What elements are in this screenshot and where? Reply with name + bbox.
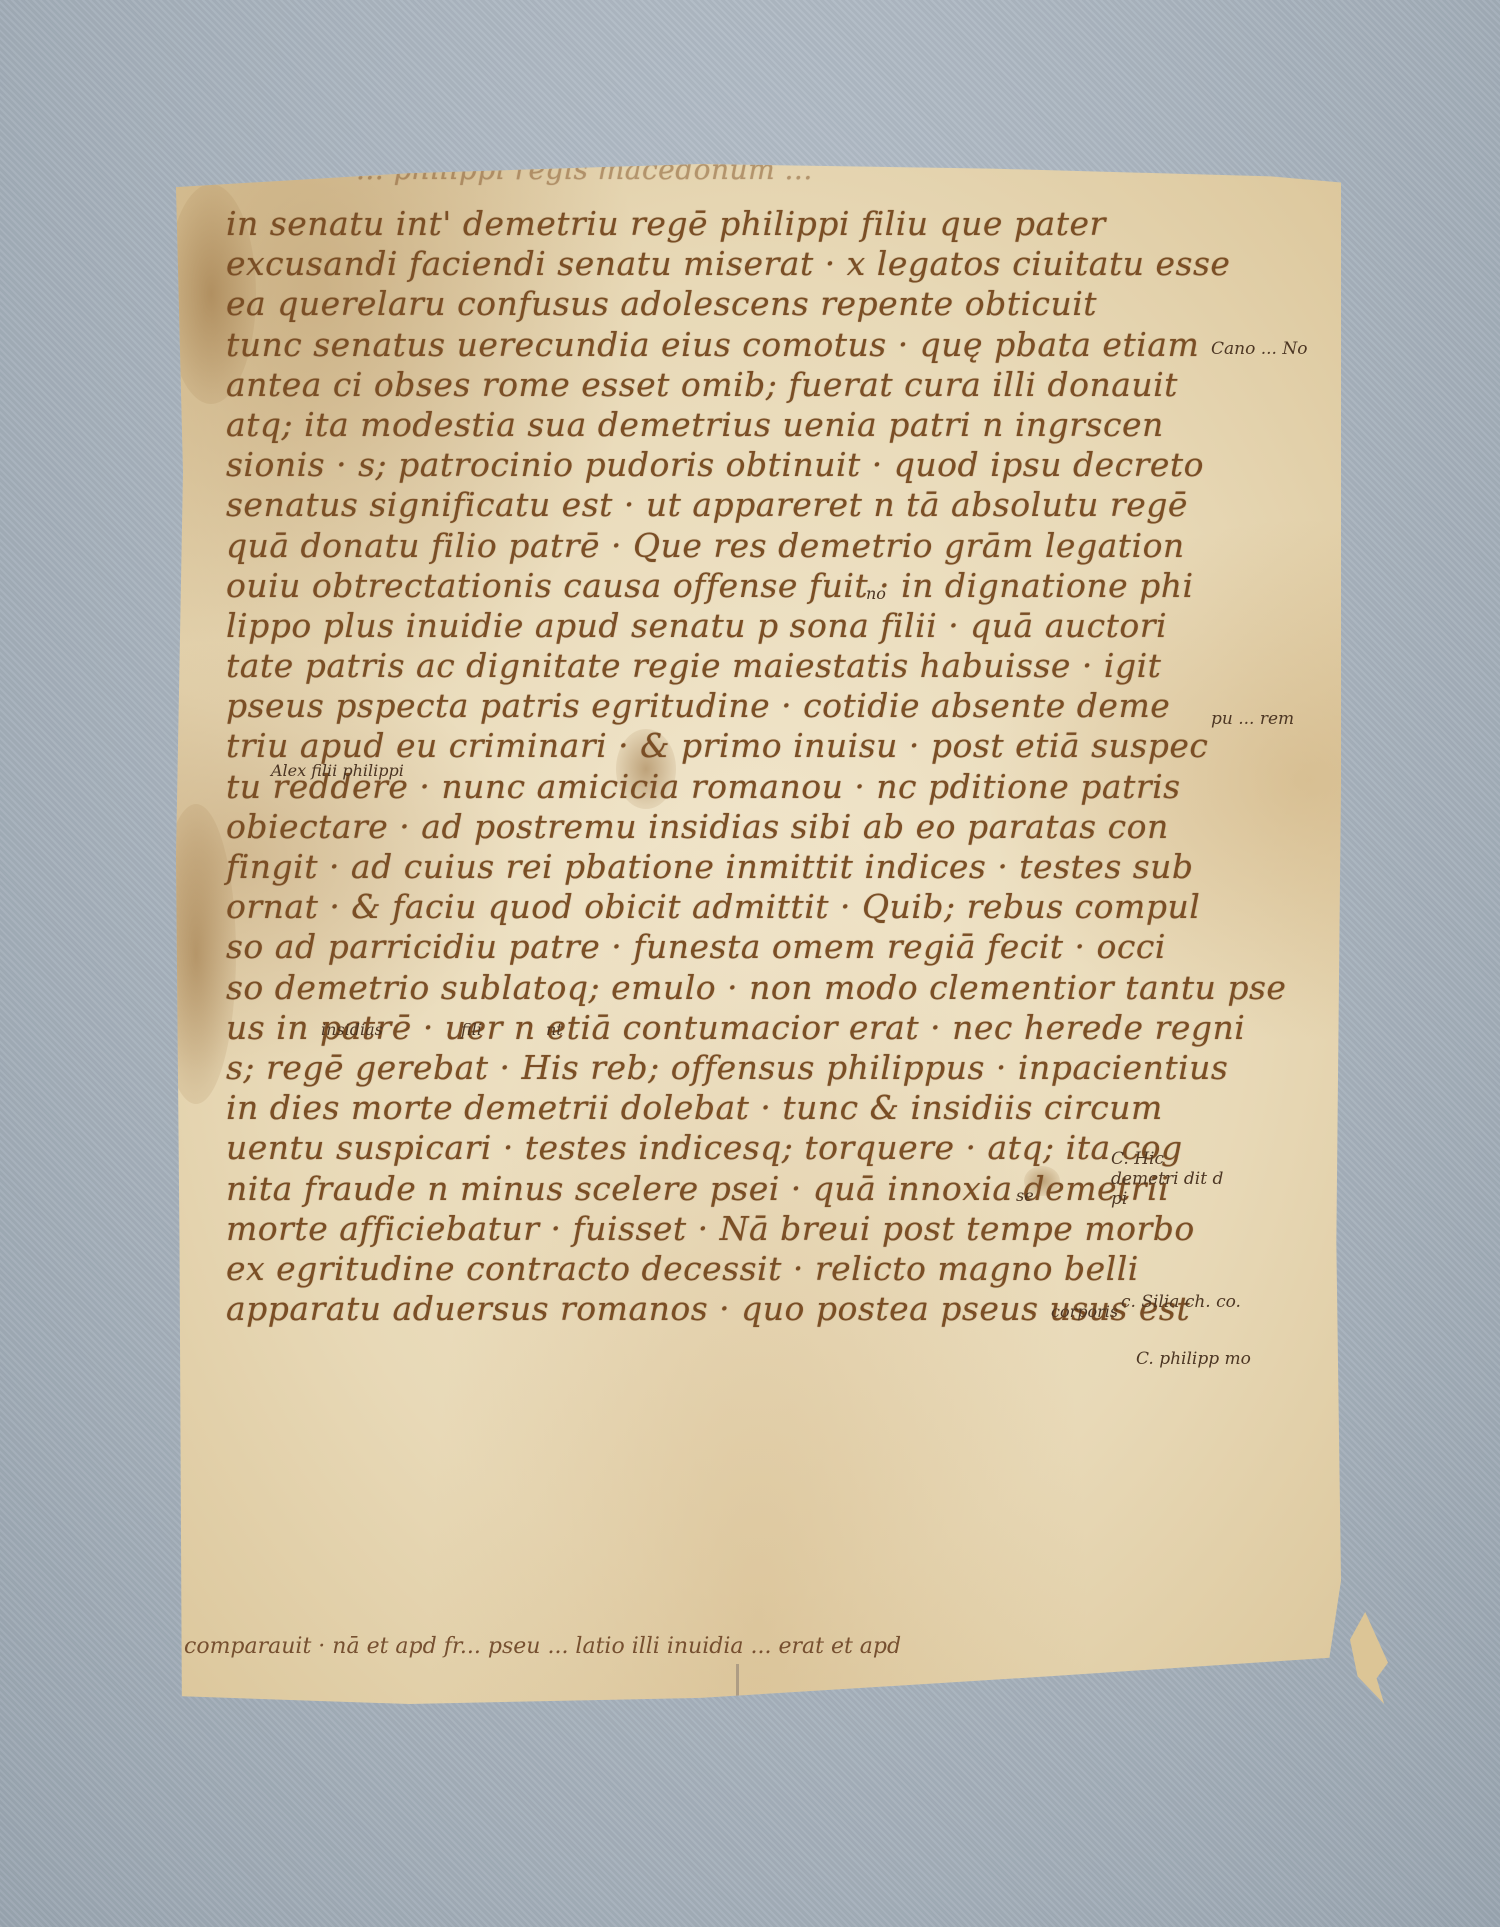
text-line: sionis · s; patrocinio pudoris obtinuit …: [226, 445, 1146, 485]
text-line: tate patris ac dignitate regie maiestati…: [226, 646, 1146, 686]
marginal-note: C. Hic demetri dit d pi: [1111, 1149, 1231, 1209]
text-line: obiectare · ad postremu insidias sibi ab…: [226, 807, 1146, 847]
text-line: ea querelaru confusus adolescens repente…: [226, 284, 1146, 324]
marginal-note: Cano ... No: [1211, 339, 1307, 359]
text-line: lippo plus inuidie apud senatu p sona fi…: [226, 606, 1146, 646]
text-line: morte afficiebatur · fuisset · Nā breui …: [226, 1209, 1146, 1249]
marginal-note: pu ... rem: [1211, 709, 1294, 729]
interlinear-gloss: corporis: [1051, 1302, 1118, 1321]
text-line: senatus significatu est · ut appareret n…: [226, 485, 1146, 525]
text-line: in senatu int' demetriu regē philippi fi…: [226, 204, 1146, 244]
interlinear-gloss: fili: [461, 1020, 482, 1039]
water-stain-left: [156, 804, 236, 1104]
marginal-note: c. Silia ch. co.: [1121, 1292, 1241, 1312]
text-line: so demetrio sublatoq; emulo · non modo c…: [226, 968, 1146, 1008]
interlinear-gloss: se: [1016, 1186, 1034, 1205]
text-line: s; regē gerebat · His reb; offensus phil…: [226, 1048, 1146, 1088]
fold-crease: [736, 1664, 739, 1704]
parchment-leaf: ... philippi regis macedonum ... in sena…: [176, 164, 1341, 1704]
text-line: uentu suspicari · testes indicesq; torqu…: [226, 1128, 1146, 1168]
text-line: in dies morte demetrii dolebat · tunc & …: [226, 1088, 1146, 1128]
interlinear-gloss: nt: [546, 1020, 563, 1039]
marginal-note: C. philipp mo: [1136, 1349, 1251, 1369]
text-line: tunc senatus uerecundia eius comotus · q…: [226, 325, 1146, 365]
text-line: fingit · ad cuius rei pbatione inmittit …: [226, 847, 1146, 887]
text-line: ornat · & faciu quod obicit admittit · Q…: [226, 887, 1146, 927]
text-line: apparatu aduersus romanos · quo postea p…: [226, 1289, 1146, 1329]
manuscript-top-fragment: ... philippi regis macedonum ...: [356, 150, 813, 190]
text-line: ex egritudine contracto decessit · relic…: [226, 1249, 1146, 1289]
text-line: pseus pspecta patris egritudine · cotidi…: [226, 686, 1146, 726]
parchment-torn-fragment: [1350, 1612, 1388, 1704]
text-line: antea ci obses rome esset omib; fuerat c…: [226, 365, 1146, 405]
text-line: so ad parricidiu patre · funesta omem re…: [226, 927, 1146, 967]
text-line: ouiu obtrectationis causa offense fuit ·…: [226, 566, 1146, 606]
interlinear-gloss: insidias: [321, 1020, 383, 1039]
interlinear-gloss: Alex filii philippi: [271, 761, 404, 780]
text-line: excusandi faciendi senatu miserat · x le…: [226, 244, 1146, 284]
text-line: quā donatu filio patrē · Que res demetri…: [226, 526, 1146, 566]
manuscript-bottom-fragment: comparauit · nā et apd fr... pseu ... la…: [184, 1634, 901, 1659]
text-line: atq; ita modestia sua demetrius uenia pa…: [226, 405, 1146, 445]
interlinear-gloss: no: [866, 584, 886, 603]
text-line: nita fraude n minus scelere psei · quā i…: [226, 1169, 1146, 1209]
